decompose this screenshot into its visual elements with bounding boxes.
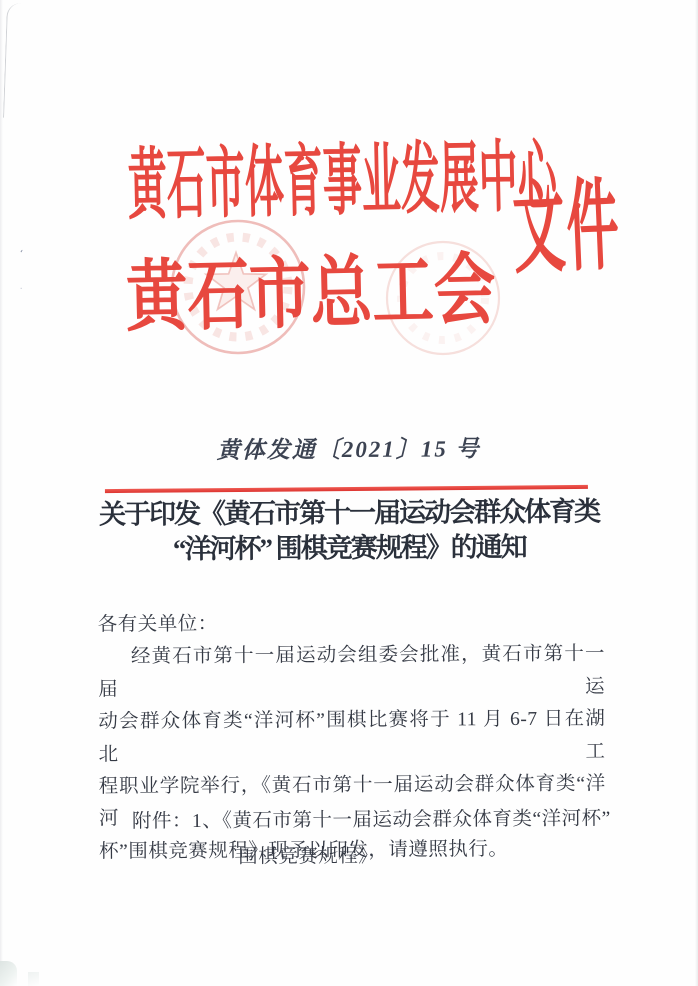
document-title-line2: “洋河杯” 围棋竞赛规程》的通知 <box>0 529 698 568</box>
scan-artifact-speck: · <box>19 285 23 293</box>
attachment-note: 附件：1、《黄石市第十一届运动会群众体育类“洋河杯” 围棋竞赛规程》 <box>132 801 611 875</box>
body-paragraph-line: 经黄石市第十一届运动会组委会批准，黄石市第十一届运 <box>98 639 605 707</box>
attachment-line1: 附件：1、《黄石市第十一届运动会群众体育类“洋河杯” <box>132 801 611 839</box>
scan-artifact-corner <box>3 3 22 118</box>
document-title-line1: 关于印发《黄石市第十一届运动会群众体育类 <box>0 494 698 533</box>
salutation: 各有关单位： <box>98 606 605 642</box>
document-title: 关于印发《黄石市第十一届运动会群众体育类 “洋河杯” 围棋竞赛规程》的通知 <box>0 494 698 568</box>
document-number: 黄体发通〔2021〕15 号 <box>0 429 698 466</box>
scan-edge-left <box>0 0 3 986</box>
document-content: 黄体发通〔2021〕15 号 关于印发《黄石市第十一届运动会群众体育类 “洋河杯… <box>0 0 695 2</box>
letterhead-org-line2: 黄石市总工会 <box>125 251 496 337</box>
attachment-line2: 围棋竞赛规程》 <box>238 837 611 875</box>
scanned-document-page: ʻ · 黄石市体育事业发展中心 黄石市总工会 文件 黄体发通〔2021〕15 号… <box>0 0 698 986</box>
scan-artifact-blob <box>28 972 39 986</box>
body-paragraph-line: 动会群众体育类“洋河杯”围棋比赛将于 11 月 6-7 日在湖北工 <box>98 704 605 772</box>
scan-artifact-blob <box>0 961 17 986</box>
letterhead-doc-type-label: 文件 <box>511 177 622 281</box>
red-divider-rule <box>105 485 588 493</box>
scan-artifact-speck: ʻ <box>18 250 24 260</box>
letterhead-org-line1: 黄石市体育事业发展中心 <box>127 138 558 225</box>
